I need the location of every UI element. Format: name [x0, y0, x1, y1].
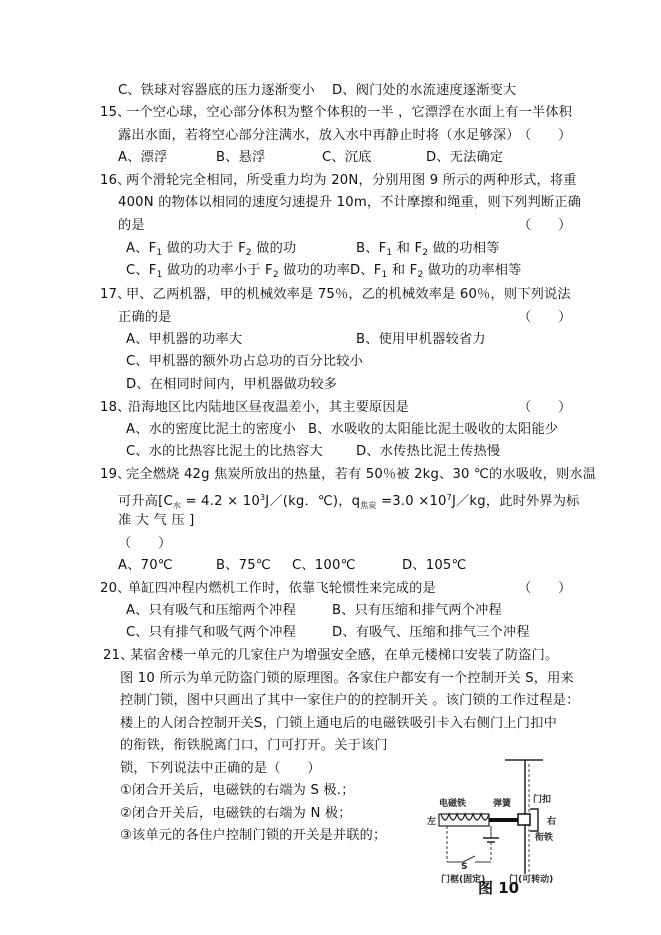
option-d[interactable]: D、在相同时间内，甲机器做功较多 [126, 376, 337, 394]
label-electromagnet: 电磁铁 [439, 796, 466, 809]
option-a[interactable]: A、70℃ [118, 557, 173, 575]
label-left: 左 [427, 814, 436, 827]
question-stem: 露出水面，若将空心部分注满水，放入水中再静止时将（水足够深） [118, 127, 520, 145]
option-c: C、铁球对容器底的压力逐渐变小 [118, 82, 315, 100]
question-stem: 单缸四冲程内燃机工作时，依靠飞轮惯性来完成的是 [128, 580, 436, 598]
option-a[interactable]: A、漂浮 [118, 149, 167, 167]
question-stem: 完全燃烧 42g 焦炭所放出的热量，若有 50％被 2kg、30 ℃的水吸收，则… [126, 466, 596, 484]
option-c[interactable]: C、甲机器的额外功占总功的百分比较小 [126, 353, 363, 371]
statement-3: ③该单元的各住户控制门锁的开关是并联的； [120, 827, 386, 845]
option-b[interactable]: B、使用甲机器较省力 [356, 331, 486, 349]
option-b[interactable]: B、75℃ [216, 557, 271, 575]
question-number: 21、 [103, 647, 134, 665]
option-d[interactable]: D、有吸气、压缩和排气三个冲程 [332, 624, 530, 642]
label-latch: 门扣 [533, 792, 551, 805]
option-c[interactable]: C、F1 做功的功率小于 F2 做功的功率 [126, 262, 350, 284]
option-d[interactable]: D、105℃ [402, 557, 467, 575]
label-right: 右 [547, 814, 556, 827]
statement-1: ①闭合开关后，电磁铁的右端为 S 极.； [120, 782, 355, 800]
answer-blank[interactable]: （ ） [518, 127, 572, 145]
option-a[interactable]: A、只有吸气和压缩两个冲程 [126, 602, 296, 620]
option-b[interactable]: B、悬浮 [216, 149, 265, 167]
option-d[interactable]: D、水传热比泥土传热慢 [356, 443, 500, 461]
question-stem: 的衔铁，衔铁脱离门口，门可打开。关于该门 [120, 737, 388, 755]
question-stem: 锁，下列说法中正确的是（ ） [120, 760, 321, 778]
option-d: D、阀门处的水流速度逐渐变大 [332, 82, 516, 100]
option-b[interactable]: B、只有压缩和排气两个冲程 [332, 602, 502, 620]
question-stem: 两个滑轮完全相同，所受重力均为 20N，分别用图 9 所示的两种形式，将重 [126, 172, 577, 190]
option-c[interactable]: C、100℃ [292, 557, 356, 575]
option-b[interactable]: B、水吸收的太阳能比泥土吸收的太阳能少 [308, 421, 558, 439]
question-stem: 准 大 气 压 ] [118, 512, 194, 530]
label-switch-s: S [461, 862, 467, 872]
answer-blank[interactable]: （ ） [518, 309, 572, 327]
option-c[interactable]: C、只有排气和吸气两个冲程 [126, 624, 296, 642]
answer-blank[interactable]: （ ） [518, 217, 572, 235]
question-stem: 一个空心球，空心部分体积为整个体积的一半 ，它漂浮在水面上有一半体积 [126, 104, 572, 122]
question-stem: 图 10 所示为单元防盗门锁的原理图。各家住户都安有一个控制开关 S，用来 [120, 670, 574, 688]
answer-blank[interactable]: （ ） [118, 535, 172, 553]
question-stem: 正确的是 [118, 309, 172, 327]
question-stem: 的是 [118, 217, 145, 235]
option-a[interactable]: A、F1 做的功大于 F2 做的功 [126, 240, 296, 262]
question-number: 20、 [100, 580, 131, 598]
question-stem: 控制门锁，图中只画出了其中一家住户的的控制开关 。该门锁的工作过程是： [120, 692, 580, 710]
option-c[interactable]: C、水的比热容比泥土的比热容大 [126, 443, 323, 461]
question-stem: 400N 的物体以相同的速度匀速提升 10m，不计摩擦和绳重，则下列判断正确 [118, 194, 581, 212]
option-d[interactable]: D、无法确定 [426, 149, 503, 167]
answer-blank[interactable]: （ ） [518, 580, 572, 598]
option-a[interactable]: A、甲机器的功率大 [126, 331, 242, 349]
option-a[interactable]: A、水的密度比泥土的密度小 [126, 421, 296, 439]
option-b[interactable]: B、F1 和 F2 做的功相等 [356, 240, 500, 262]
option-d[interactable]: D、F1 和 F2 做功的功率相等 [350, 262, 521, 284]
question-stem: 沿海地区比内陆地区昼夜温差小，其主要原因是 [128, 399, 409, 417]
question-stem: 楼上的人闭合控制开关S，门锁上通电后的电磁铁吸引卡入右侧门上门扣中 [120, 715, 557, 733]
label-spring: 弹簧 [493, 796, 511, 809]
statement-2: ②闭合开关后，电磁铁的右端为 N 极； [120, 805, 352, 823]
label-armature: 衔铁 [535, 830, 553, 843]
figure-caption: 图 10 [478, 877, 519, 898]
question-stem: 某宿舍楼一单元的几家住户为增强安全感，在单元楼梯口安装了防盗门。 [130, 647, 558, 665]
question-stem: 甲、乙两机器，甲的机械效率是 75％，乙的机械效率是 60％，则下列说法 [126, 286, 571, 304]
question-number: 18、 [100, 399, 131, 417]
option-c[interactable]: C、沉底 [322, 149, 372, 167]
answer-blank[interactable]: （ ） [518, 399, 572, 417]
